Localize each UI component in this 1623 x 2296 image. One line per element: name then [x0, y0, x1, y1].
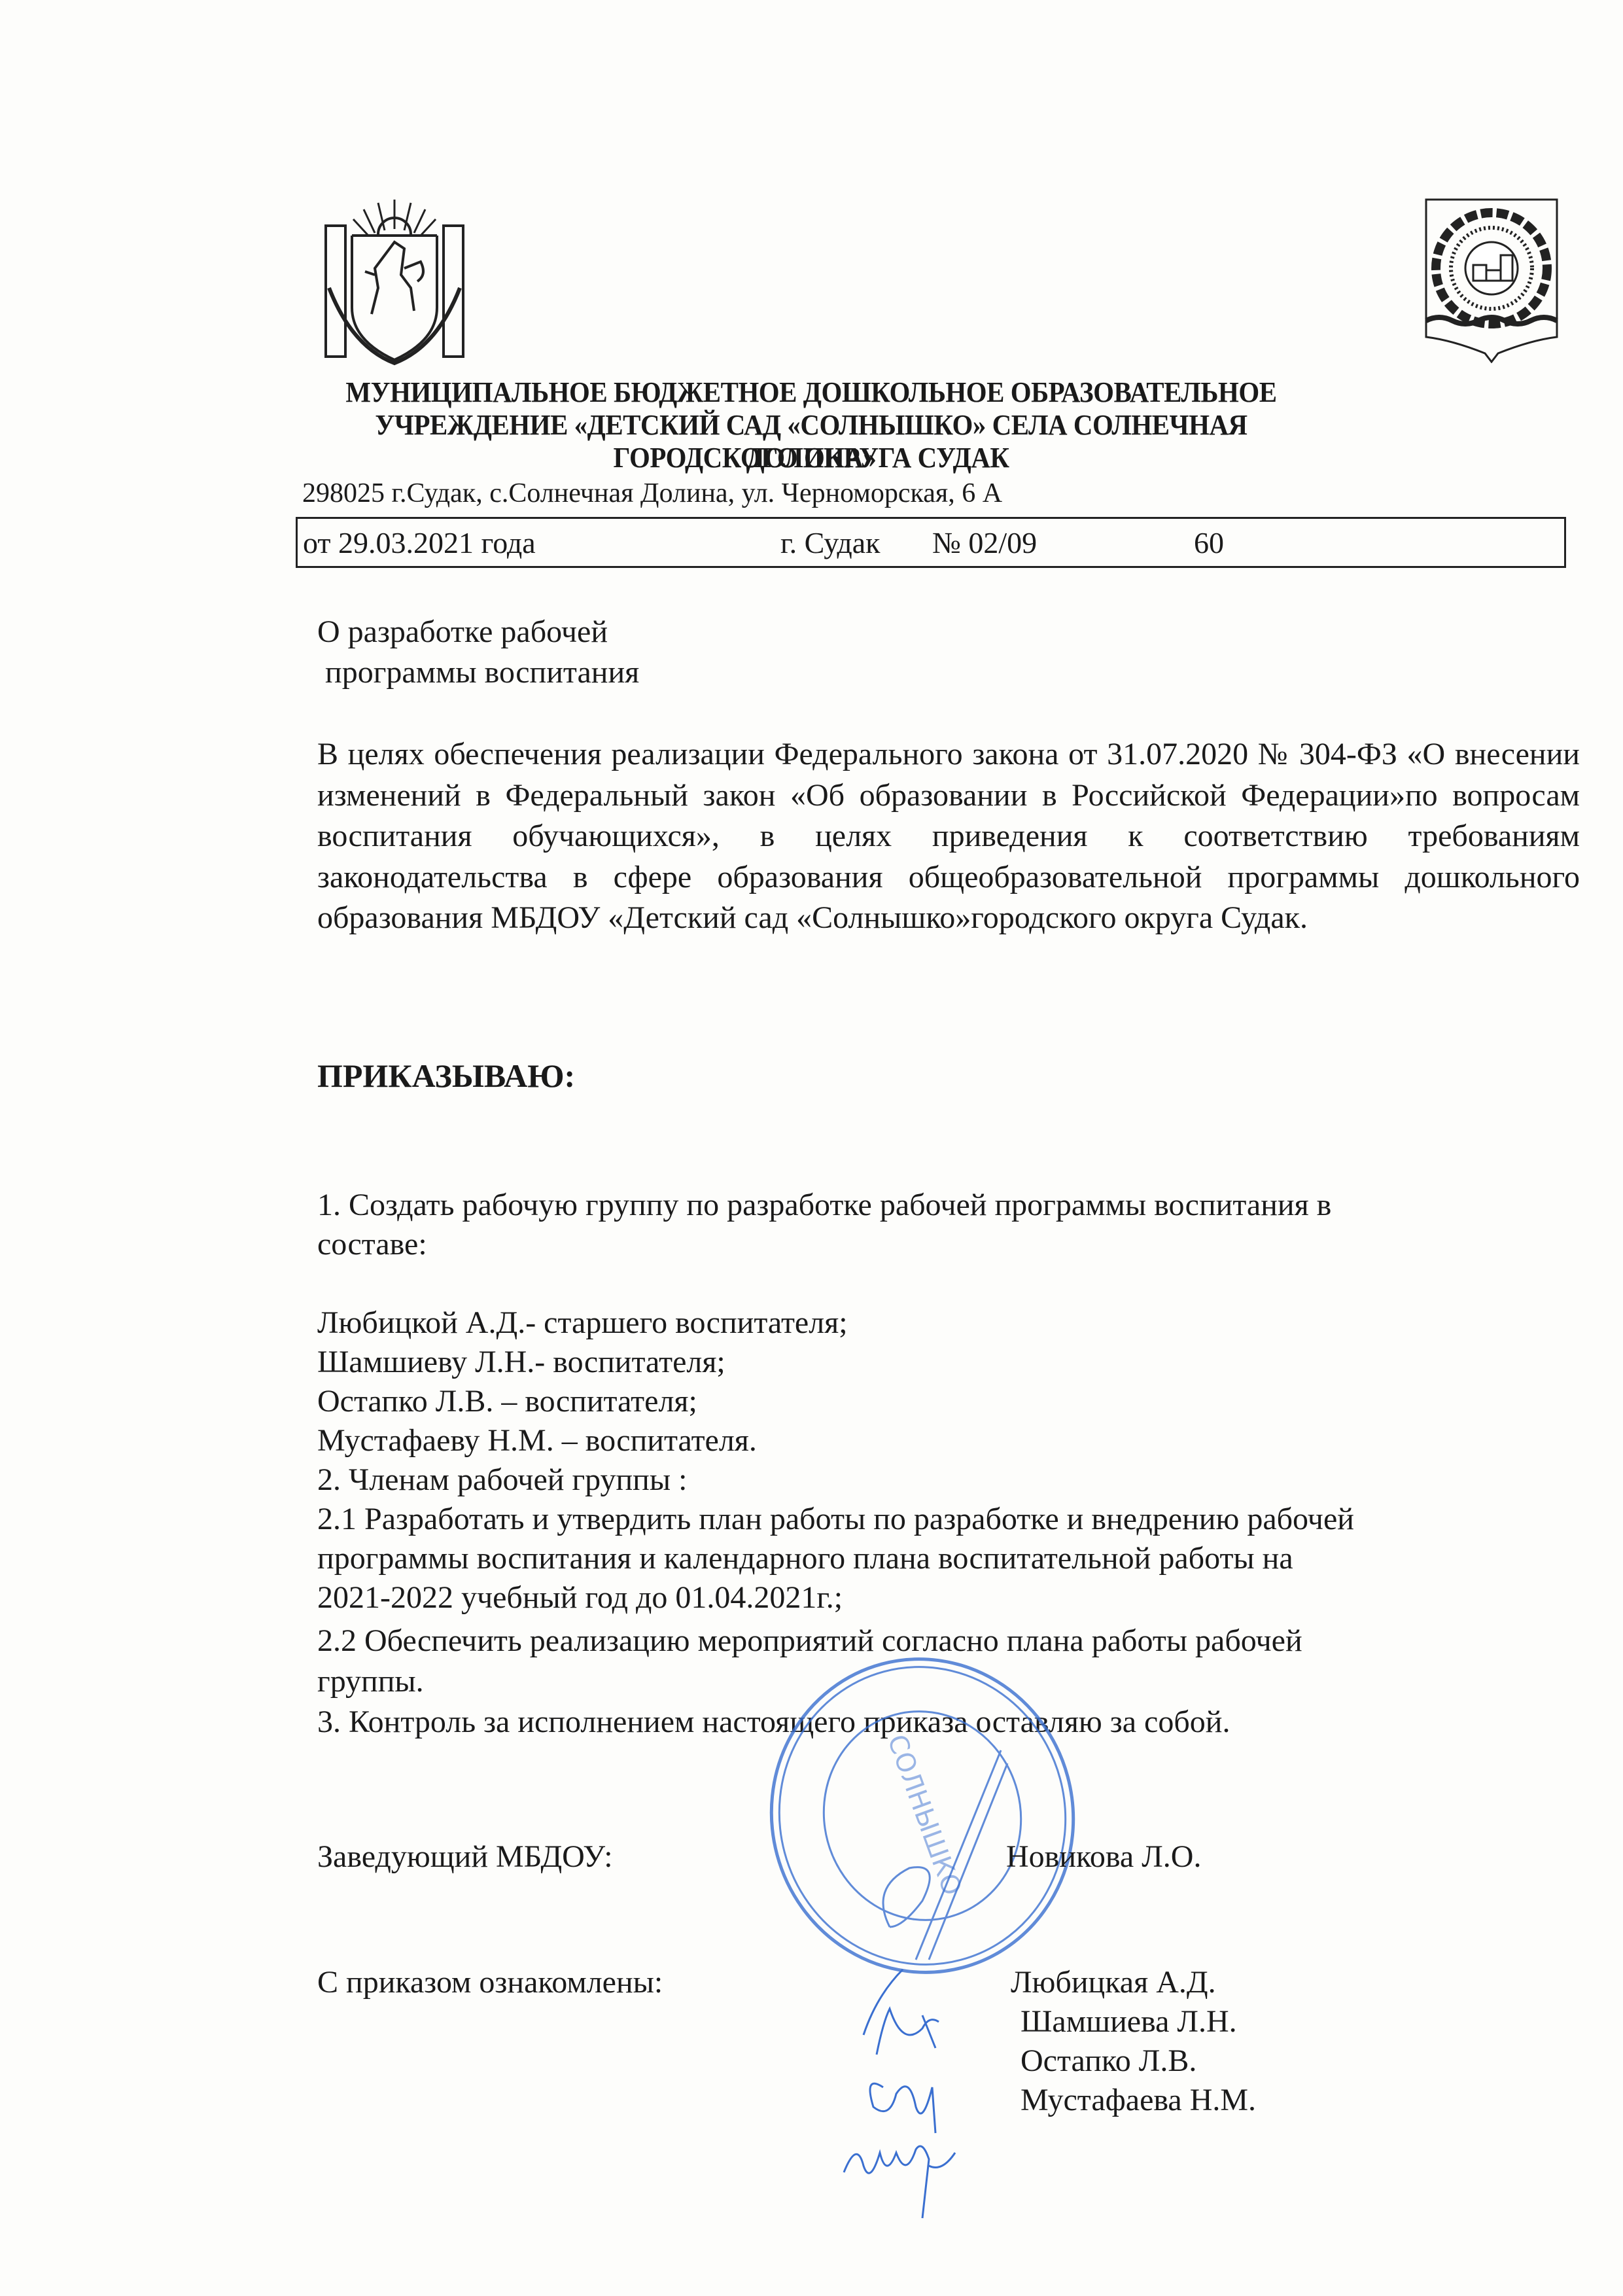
acknowledged-name-1: Любицкая А.Д.: [1011, 1964, 1216, 2000]
sudak-coat-of-arms-icon: [1420, 193, 1563, 363]
registration-box: от 29.03.2021 года г. Судак № 02/09 60: [296, 517, 1566, 568]
acknowledged-name-2: Шамшиева Л.Н.: [1021, 2004, 1237, 2040]
acknowledged-label: С приказом ознакомлены:: [317, 1964, 663, 2000]
member-2: Шамшиеву Л.Н.- воспитателя;: [317, 1343, 1599, 1382]
item2-1-line1: 2.1 Разработать и утвердить план работы …: [317, 1500, 1599, 1539]
subject-line2: программы воспитания: [317, 652, 639, 693]
crimea-coat-of-arms-icon: [313, 190, 476, 366]
org-address: 298025 г.Судак, с.Солнечная Долина, ул. …: [302, 478, 1002, 509]
stamp-center-text: СОЛНЫШКО: [881, 1731, 967, 1899]
item2-1-line3: 2021-2022 учебный год до 01.04.2021г.;: [317, 1578, 1599, 1617]
signatory-name: Новикова Л.О.: [1006, 1839, 1201, 1875]
order-heading: ПРИКАЗЫВАЮ:: [317, 1057, 575, 1095]
order-place: г. Судак: [780, 525, 881, 560]
member-4: Мустафаеву Н.М. – воспитателя.: [317, 1421, 1599, 1460]
item1-line2: составе:: [317, 1225, 1599, 1264]
signatory-position: Заведующий МБДОУ:: [317, 1839, 613, 1875]
acknowledged-name-4: Мустафаева Н.М.: [1021, 2082, 1256, 2118]
acknowledged-name-3: Остапко Л.В.: [1021, 2043, 1196, 2079]
official-stamp-icon: СОЛНЫШКО: [739, 1652, 1106, 1979]
subject-line1: О разработке рабочей: [317, 612, 639, 652]
member-3: Остапко Л.В. – воспитателя;: [317, 1382, 1599, 1421]
handwritten-signatures-icon: [824, 1956, 1021, 2238]
item2-1-line2: программы воспитания и календарного план…: [317, 1539, 1599, 1578]
order-subject: О разработке рабочей программы воспитани…: [317, 612, 639, 693]
item1-line1: 1. Создать рабочую группу по разработке …: [317, 1186, 1599, 1225]
order-extra-number: 60: [1194, 525, 1224, 560]
order-number: № 02/09: [932, 525, 1037, 560]
order-date: от 29.03.2021 года: [303, 525, 536, 560]
member-1: Любицкой А.Д.- старшего воспитателя;: [317, 1303, 1599, 1343]
item2: 2. Членам рабочей группы :: [317, 1460, 1599, 1500]
preamble-paragraph: В целях обеспечения реализации Федеральн…: [317, 734, 1580, 939]
org-name-line1: МУНИЦИПАЛЬНОЕ БЮДЖЕТНОЕ ДОШКОЛЬНОЕ ОБРАЗ…: [319, 376, 1304, 409]
org-name-line3: ГОРОДСКОГО ОКРУГА СУДАК: [319, 442, 1304, 474]
